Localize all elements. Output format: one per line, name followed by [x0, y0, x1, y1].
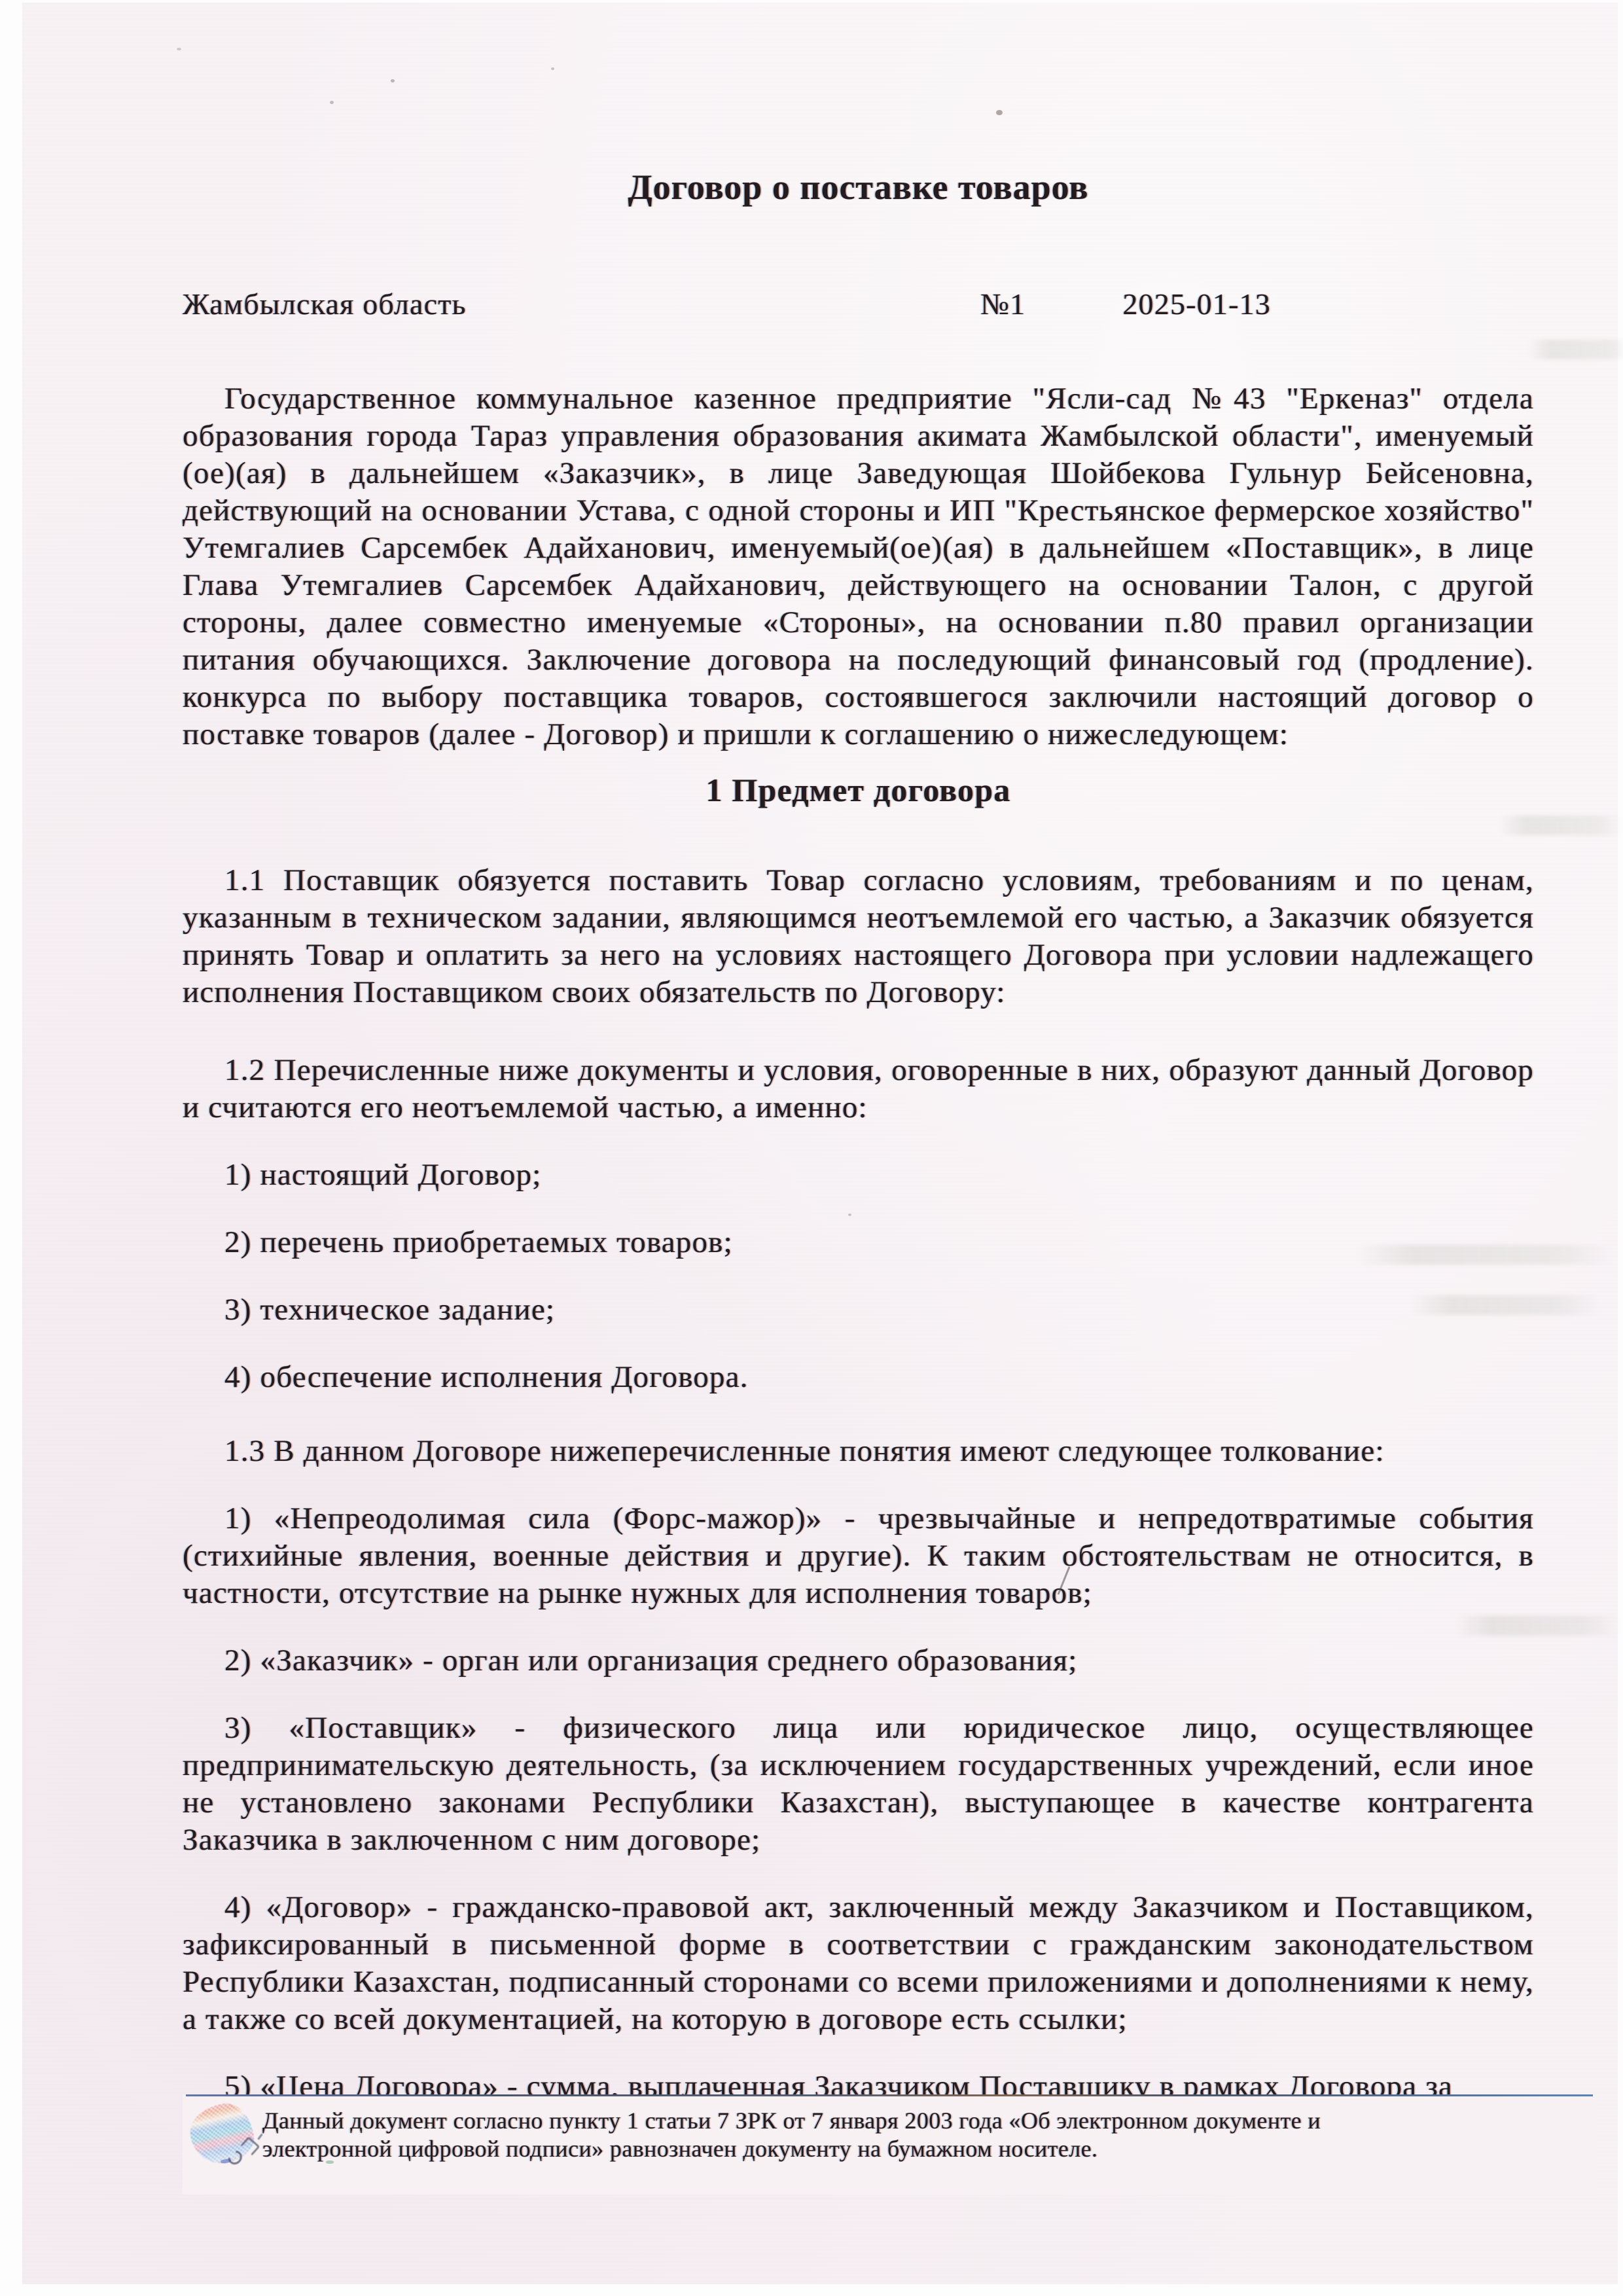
- clause-1-3: 1.3 В данном Договоре нижеперечисленные …: [183, 1433, 1534, 1470]
- clause-1-2: 1.2 Перечисленные ниже документы и услов…: [183, 1052, 1534, 1126]
- clause-1-1: 1.1 Поставщик обязуется поставить Товар …: [183, 862, 1534, 1011]
- stamp-ink-mark: [240, 2136, 260, 2157]
- scan-speck: [551, 67, 554, 70]
- bleed-through-smudge: [1527, 340, 1623, 359]
- bleed-through-smudge: [1357, 1245, 1613, 1265]
- scan-speck: [177, 48, 181, 50]
- contract-region: Жамбылская область: [183, 285, 467, 323]
- scan-speck: [330, 101, 334, 104]
- intro-paragraph: Государственное коммунальное казенное пр…: [183, 380, 1534, 753]
- annex-item-4: 4) обеспечение исполнения Договора.: [183, 1359, 1534, 1396]
- definition-supplier: 3) «Поставщик» - физического лица или юр…: [183, 1710, 1534, 1859]
- scan-speck: [996, 110, 1003, 115]
- esign-stamp-icon: [187, 2100, 257, 2167]
- definition-force-majeure: 1) «Непреодолимая сила (Форс-мажор)» - ч…: [183, 1500, 1534, 1612]
- bleed-through-smudge: [1410, 1295, 1599, 1315]
- page-title: Договор о поставке товаров: [183, 168, 1534, 207]
- scan-speck: [848, 1213, 851, 1216]
- annex-item-2: 2) перечень приобретаемых товаров;: [183, 1224, 1534, 1261]
- annex-item-3: 3) техническое задание;: [183, 1291, 1534, 1329]
- scanned-page: Договор о поставке товаров Жамбылская об…: [22, 3, 1618, 2284]
- annex-item-1: 1) настоящий Договор;: [183, 1157, 1534, 1194]
- footer-note-line-1: Данный документ согласно пункту 1 статьи…: [262, 2107, 1596, 2135]
- section-1-heading: 1 Предмет договора: [183, 770, 1534, 810]
- contract-date: 2025-01-13: [1122, 285, 1271, 323]
- definition-contract: 4) «Договор» - гражданско-правовой акт, …: [183, 1889, 1534, 2038]
- bleed-through-smudge: [1498, 816, 1622, 835]
- footer-note-line-2: электронной цифровой подписи» равнозначе…: [262, 2135, 1596, 2163]
- contract-meta-row: Жамбылская область №1 2025-01-13: [183, 285, 1534, 323]
- document-body: Договор о поставке товаров Жамбылская об…: [183, 3, 1534, 2106]
- definition-customer: 2) «Заказчик» - орган или организация ср…: [183, 1642, 1534, 1679]
- scan-speck: [391, 79, 395, 82]
- bleed-through-smudge: [1455, 1616, 1619, 1636]
- contract-number: №1: [980, 285, 1026, 323]
- scan-speck-green: [326, 2161, 334, 2164]
- esign-footnote: Данный документ согласно пункту 1 статьи…: [183, 2094, 1596, 2195]
- stamp-ink-mark: [225, 2148, 245, 2168]
- scan-speck: [631, 1731, 633, 1733]
- stamp-ink-mark: [251, 2129, 263, 2140]
